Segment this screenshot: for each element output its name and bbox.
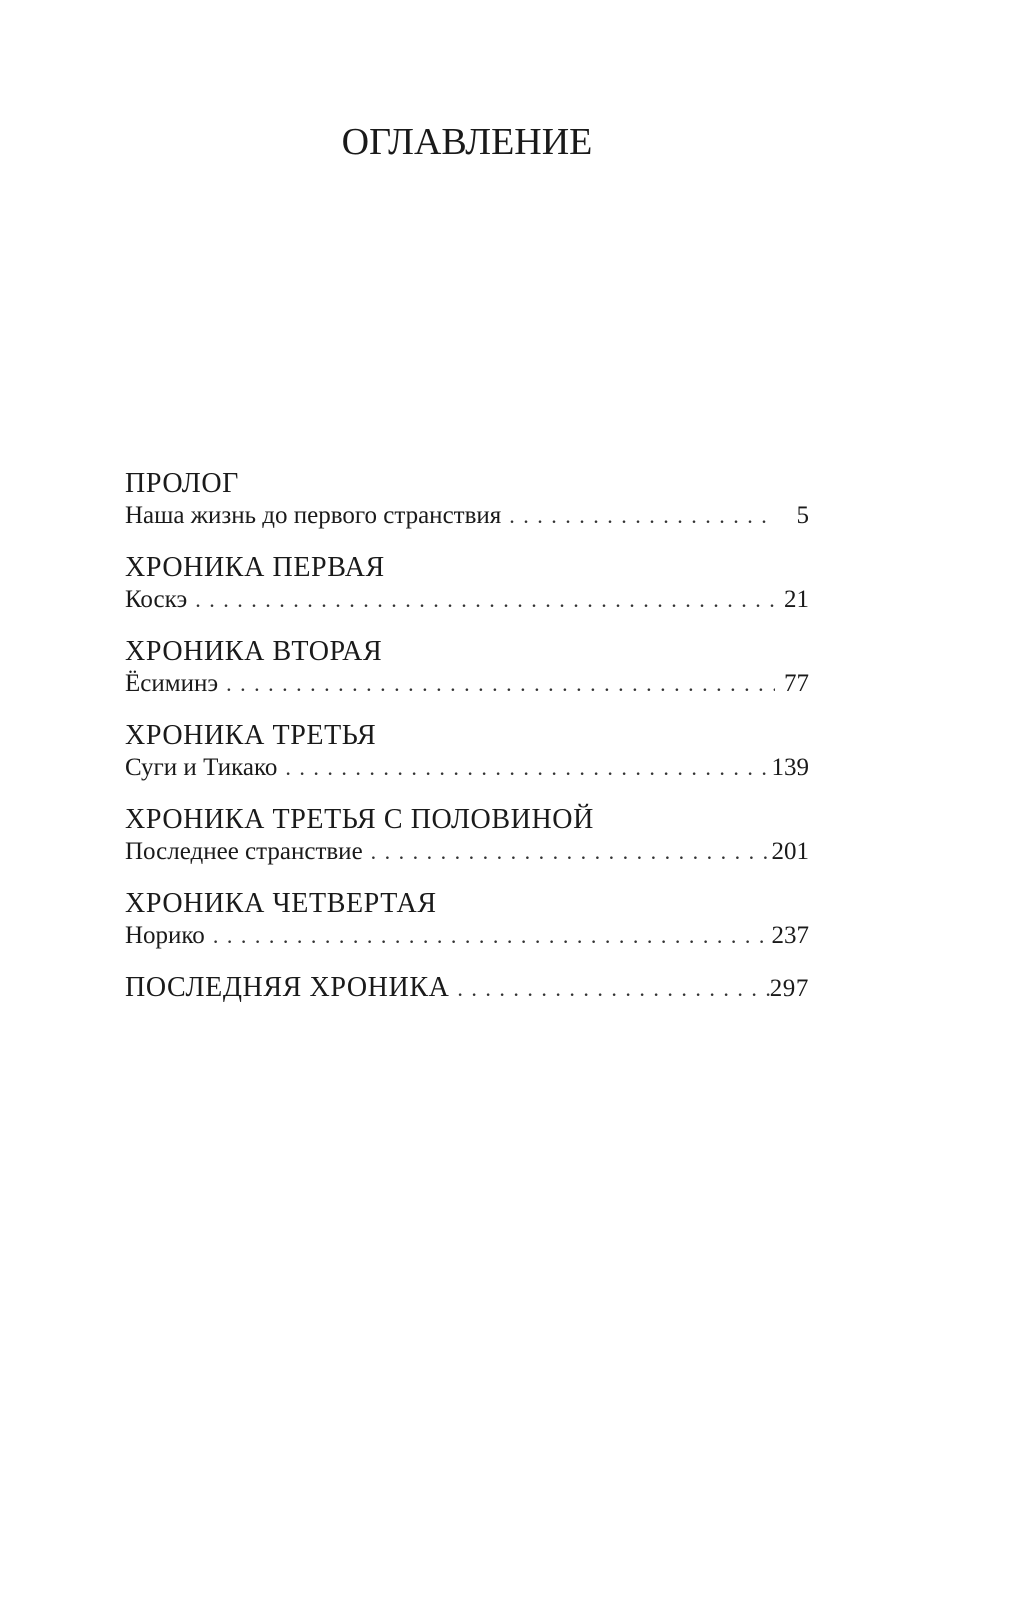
- toc-entry[interactable]: Ёсиминэ 77: [125, 668, 809, 700]
- dot-leader: [277, 752, 771, 784]
- toc-entry[interactable]: Наша жизнь до первого странствия 5: [125, 500, 809, 532]
- page-number: 77: [775, 668, 809, 700]
- page-title: ОГЛАВЛЕНИЕ: [0, 120, 934, 164]
- entry-label: Норико: [125, 920, 205, 952]
- dot-leader: [449, 973, 769, 1004]
- toc-entry-final-chronicle[interactable]: ПОСЛЕДНЯЯ ХРОНИКА 297: [125, 972, 809, 1004]
- page-number: 5: [775, 500, 809, 532]
- section-title: ХРОНИКА ВТОРАЯ: [125, 636, 809, 668]
- entry-label: Коскэ: [125, 584, 187, 616]
- dot-leader: [205, 920, 772, 952]
- entry-label: Наша жизнь до первого странствия: [125, 500, 501, 532]
- toc-section-chronicle-3: ХРОНИКА ТРЕТЬЯ Суги и Тикако 139: [125, 720, 809, 784]
- section-title: ХРОНИКА ПЕРВАЯ: [125, 552, 809, 584]
- dot-leader: [501, 500, 775, 532]
- dot-leader: [363, 836, 772, 868]
- toc-entry[interactable]: Коскэ 21: [125, 584, 809, 616]
- toc-entry[interactable]: Норико 237: [125, 920, 809, 952]
- section-title: ХРОНИКА ЧЕТВЕРТАЯ: [125, 888, 809, 920]
- page-number: 237: [772, 920, 810, 952]
- page-number: 21: [775, 584, 809, 616]
- entry-label: Последнее странствие: [125, 836, 363, 868]
- dot-leader: [218, 668, 775, 700]
- table-of-contents: ПРОЛОГ Наша жизнь до первого странствия …: [125, 468, 809, 1004]
- page-number: 139: [772, 752, 810, 784]
- toc-section-chronicle-4: ХРОНИКА ЧЕТВЕРТАЯ Норико 237: [125, 888, 809, 952]
- toc-section-chronicle-3-half: ХРОНИКА ТРЕТЬЯ С ПОЛОВИНОЙ Последнее стр…: [125, 804, 809, 868]
- page-number: 297: [770, 973, 809, 1004]
- dot-leader: [187, 584, 775, 616]
- section-title: ХРОНИКА ТРЕТЬЯ: [125, 720, 809, 752]
- toc-section-chronicle-1: ХРОНИКА ПЕРВАЯ Коскэ 21: [125, 552, 809, 616]
- entry-label: Ёсиминэ: [125, 668, 218, 700]
- toc-section-final: ПОСЛЕДНЯЯ ХРОНИКА 297: [125, 972, 809, 1004]
- page-number: 201: [772, 836, 810, 868]
- entry-label: Суги и Тикако: [125, 752, 277, 784]
- entry-label: ПОСЛЕДНЯЯ ХРОНИКА: [125, 972, 449, 1004]
- toc-entry[interactable]: Последнее странствие 201: [125, 836, 809, 868]
- section-title: ХРОНИКА ТРЕТЬЯ С ПОЛОВИНОЙ: [125, 804, 809, 836]
- toc-section-prologue: ПРОЛОГ Наша жизнь до первого странствия …: [125, 468, 809, 532]
- section-title: ПРОЛОГ: [125, 468, 809, 500]
- toc-section-chronicle-2: ХРОНИКА ВТОРАЯ Ёсиминэ 77: [125, 636, 809, 700]
- toc-entry[interactable]: Суги и Тикако 139: [125, 752, 809, 784]
